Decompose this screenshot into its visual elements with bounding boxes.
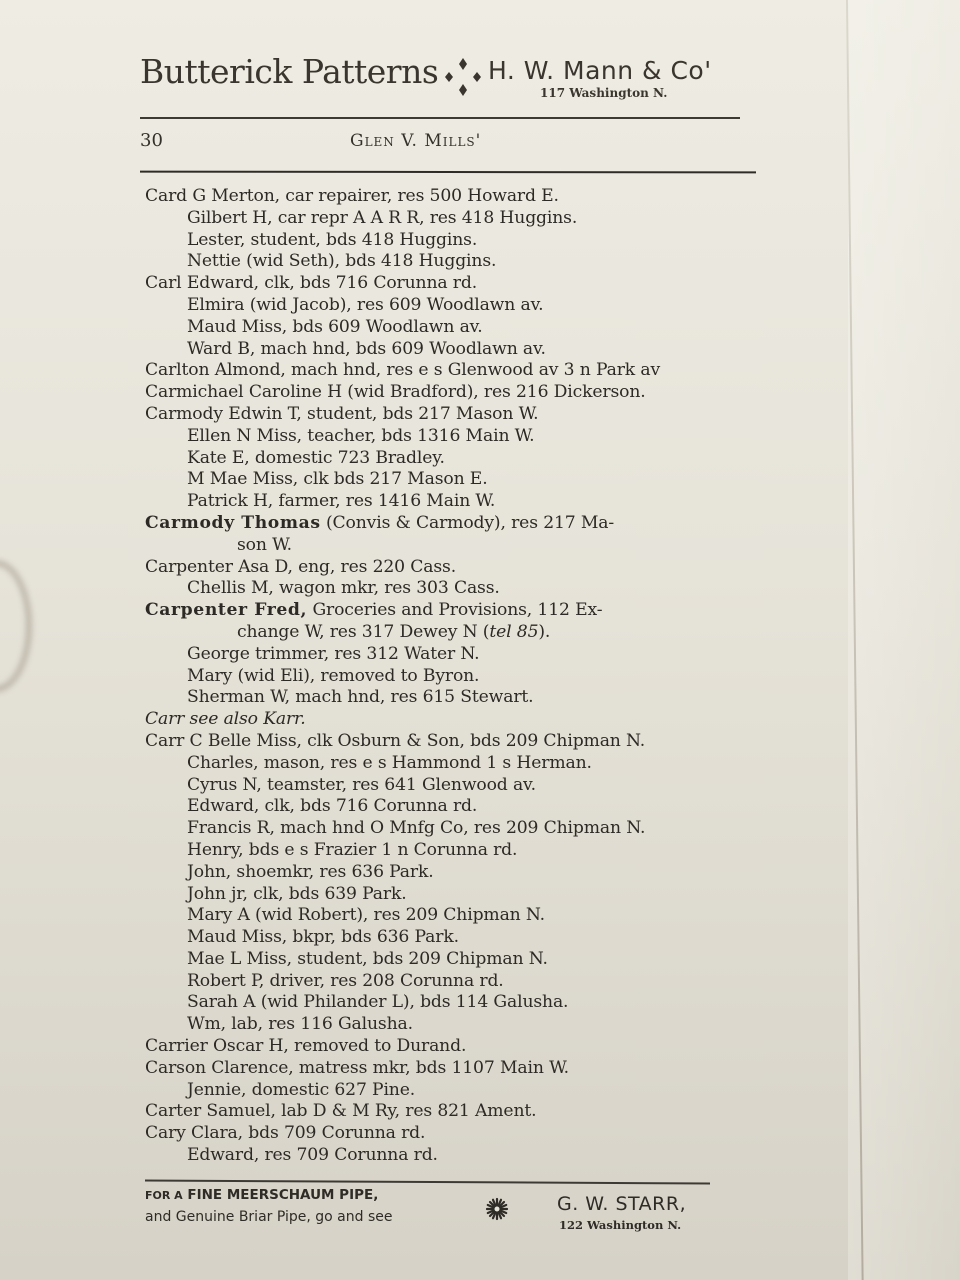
page-number: 30: [140, 130, 163, 151]
directory-entry: Carmody Edwin T, student, bds 217 Mason …: [145, 404, 745, 426]
directory-entry: Robert P, driver, res 208 Corunna rd.: [145, 971, 745, 993]
footer-ad-name: G. W. STARR,: [557, 1193, 686, 1215]
directory-entry: John, shoemkr, res 636 Park.: [145, 862, 745, 884]
header-ad-address: 117 Washington N.: [540, 86, 667, 100]
facing-page: [848, 0, 960, 1280]
header-advertisement: Butterick Patterns H. W. Mann & Co' 117 …: [140, 52, 750, 108]
directory-entry: Nettie (wid Seth), bds 418 Huggins.: [145, 251, 745, 273]
directory-entry: Maud Miss, bkpr, bds 636 Park.: [145, 927, 745, 949]
starburst-ornament-icon: [485, 1197, 509, 1221]
directory-entry: Kate E, domestic 723 Bradley.: [145, 448, 745, 470]
directory-entry: Carr C Belle Miss, clk Osburn & Son, bds…: [145, 731, 745, 753]
directory-entry: Henry, bds e s Frazier 1 n Corunna rd.: [145, 840, 745, 862]
directory-entry: Carlton Almond, mach hnd, res e s Glenwo…: [145, 360, 745, 382]
header-ad-right-text: H. W. Mann & Co': [488, 56, 712, 85]
directory-entry: Carrier Oscar H, removed to Durand.: [145, 1036, 745, 1058]
directory-entry: Carmichael Caroline H (wid Bradford), re…: [145, 382, 745, 404]
directory-entry: Ellen N Miss, teacher, bds 1316 Main W.: [145, 426, 745, 448]
entry-text: (Convis & Carmody), res 217 Ma-: [321, 513, 614, 533]
page-edge-shadow: [0, 560, 32, 692]
entry-bold-name: Carpenter Fred,: [145, 600, 307, 620]
directory-entry: Chellis M, wagon mkr, res 303 Cass.: [145, 578, 745, 600]
footer-ad-line1-small: FOR A: [145, 1189, 183, 1202]
directory-entry: Carl Edward, clk, bds 716 Corunna rd.: [145, 273, 745, 295]
directory-entry: Carr see also Karr.: [145, 709, 745, 731]
directory-entry: Carter Samuel, lab D & M Ry, res 821 Ame…: [145, 1101, 745, 1123]
entry-text: Groceries and Provisions, 112 Ex-: [307, 600, 602, 620]
directory-entry: Maud Miss, bds 609 Woodlawn av.: [145, 317, 745, 339]
directory-entry: George trimmer, res 312 Water N.: [145, 644, 745, 666]
directory-entry: Wm, lab, res 116 Galusha.: [145, 1014, 745, 1036]
directory-entry: change W, res 317 Dewey N (tel 85).: [145, 622, 745, 644]
directory-entry: Gilbert H, car repr A A R R, res 418 Hug…: [145, 208, 745, 230]
entry-bold-name: Carmody Thomas: [145, 513, 321, 533]
directory-entry: Francis R, mach hnd O Mnfg Co, res 209 C…: [145, 818, 745, 840]
directory-entries: Card G Merton, car repairer, res 500 How…: [145, 186, 745, 1167]
directory-entry: Patrick H, farmer, res 1416 Main W.: [145, 491, 745, 513]
directory-entry: Lester, student, bds 418 Huggins.: [145, 230, 745, 252]
directory-entry: Cyrus N, teamster, res 641 Glenwood av.: [145, 775, 745, 797]
footer-ad-line1-large: FINE MEERSCHAUM PIPE,: [183, 1187, 379, 1203]
directory-entry: Carpenter Fred, Groceries and Provisions…: [145, 600, 745, 622]
entry-text-after: ).: [538, 622, 550, 642]
footer-ad-line2: and Genuine Briar Pipe, go and see: [145, 1209, 393, 1225]
directory-entry: Jennie, domestic 627 Pine.: [145, 1080, 745, 1102]
directory-entry: Sherman W, mach hnd, res 615 Stewart.: [145, 687, 745, 709]
directory-entry: Edward, clk, bds 716 Corunna rd.: [145, 796, 745, 818]
directory-entry: Sarah A (wid Philander L), bds 114 Galus…: [145, 992, 745, 1014]
entry-telephone: tel 85: [489, 622, 538, 642]
running-title: Glen V. Mills': [350, 131, 481, 151]
directory-entry: Mary (wid Eli), removed to Byron.: [145, 666, 745, 688]
directory-entry: Carmody Thomas (Convis & Carmody), res 2…: [145, 513, 745, 535]
footer-advertisement: FOR A FINE MEERSCHAUM PIPE, and Genuine …: [145, 1185, 715, 1235]
footer-rule: [145, 1180, 710, 1185]
directory-entry: Edward, res 709 Corunna rd.: [145, 1145, 745, 1167]
header-ad-left-text: Butterick Patterns: [140, 52, 438, 91]
directory-entry: Mae L Miss, student, bds 209 Chipman N.: [145, 949, 745, 971]
directory-entry: Mary A (wid Robert), res 209 Chipman N.: [145, 905, 745, 927]
directory-entry: Charles, mason, res e s Hammond 1 s Herm…: [145, 753, 745, 775]
directory-entry: Cary Clara, bds 709 Corunna rd.: [145, 1123, 745, 1145]
directory-entry: son W.: [145, 535, 745, 557]
running-head-rule: [140, 171, 756, 174]
directory-entry: Card G Merton, car repairer, res 500 How…: [145, 186, 745, 208]
directory-entry: John jr, clk, bds 639 Park.: [145, 884, 745, 906]
running-head: 30 Glen V. Mills': [140, 130, 740, 154]
directory-entry: Ward B, mach hnd, bds 609 Woodlawn av.: [145, 339, 745, 361]
directory-entry: M Mae Miss, clk bds 217 Mason E.: [145, 469, 745, 491]
four-diamond-ornament-icon: [443, 56, 483, 100]
entry-text: change W, res 317 Dewey N (: [237, 622, 489, 642]
footer-ad-line1: FOR A FINE MEERSCHAUM PIPE,: [145, 1187, 378, 1203]
footer-ad-address: 122 Washington N.: [559, 1218, 681, 1232]
directory-entry: Elmira (wid Jacob), res 609 Woodlawn av.: [145, 295, 745, 317]
directory-entry: Carson Clarence, matress mkr, bds 1107 M…: [145, 1058, 745, 1080]
header-rule: [140, 117, 740, 119]
directory-entry: Carpenter Asa D, eng, res 220 Cass.: [145, 557, 745, 579]
